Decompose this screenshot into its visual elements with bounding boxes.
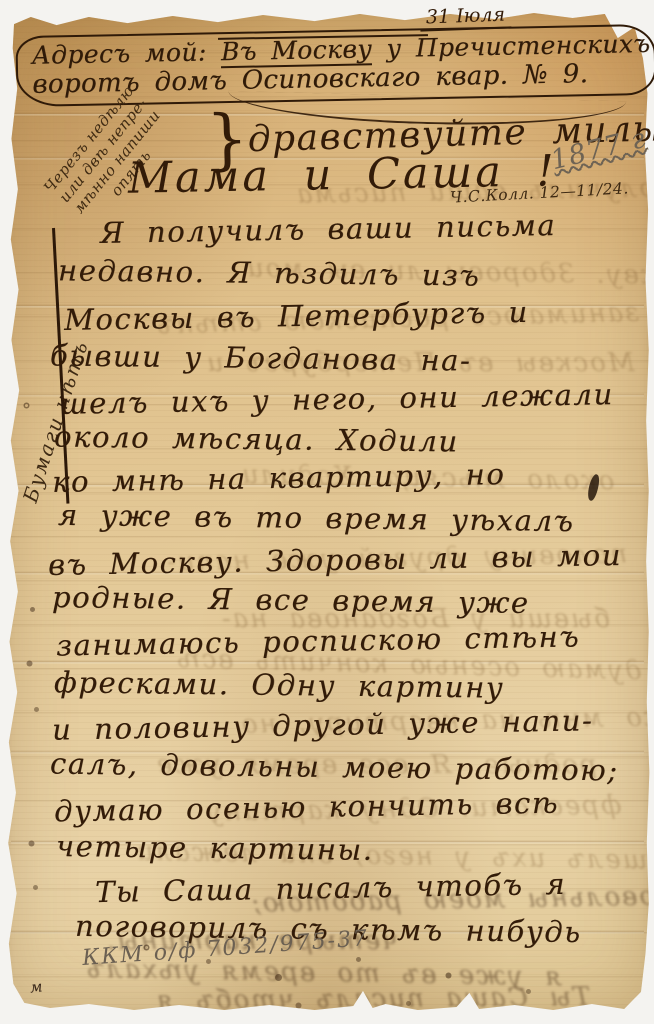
address-pre: Адресъ мой: — [31, 37, 221, 70]
body-line: ко мнѣ на квартиру, но — [52, 457, 506, 499]
body-line: занимаюсь роспискою стѣнъ — [56, 619, 581, 662]
body-line: Москвы въ Петербургъ и — [64, 295, 529, 337]
handwriting-layer: 31 Іюля Адресъ мой: Въ Москву у Пречисте… — [0, 0, 654, 1024]
body-line: Ты Саша писалъ чтобъ я — [95, 867, 567, 909]
scan-background: Я получилъ ваши письма въ Москву. Здоров… — [0, 0, 654, 1024]
body-line: думаю осенью кончить всѣ — [54, 786, 560, 829]
body-line: четыре картины. — [56, 829, 374, 867]
body-line: родные. Я все время уже — [52, 580, 530, 620]
address-post: у Пречистенскихъ — [372, 29, 651, 63]
body-line: около мѣсяца. Ходили — [54, 420, 459, 459]
body-line: шелъ ихъ у него, они лежали — [60, 377, 614, 421]
body-line: недавно. Я ѣздилъ изъ — [58, 253, 481, 292]
body-line: и половину другой уже напи- — [52, 703, 594, 746]
body-line: фресками. Одну картину — [54, 665, 505, 704]
body-line: я уже въ то время уѣхалъ — [58, 498, 575, 538]
corner-mark: м — [29, 977, 43, 996]
body-line: салъ, довольны моею работою; — [50, 747, 619, 788]
body-line: въ Москву. Здоровы ли вы мои — [48, 538, 622, 582]
body-line: бывши у Богданова на- — [50, 338, 472, 377]
body-line: Я получилъ ваши письма — [100, 208, 557, 250]
